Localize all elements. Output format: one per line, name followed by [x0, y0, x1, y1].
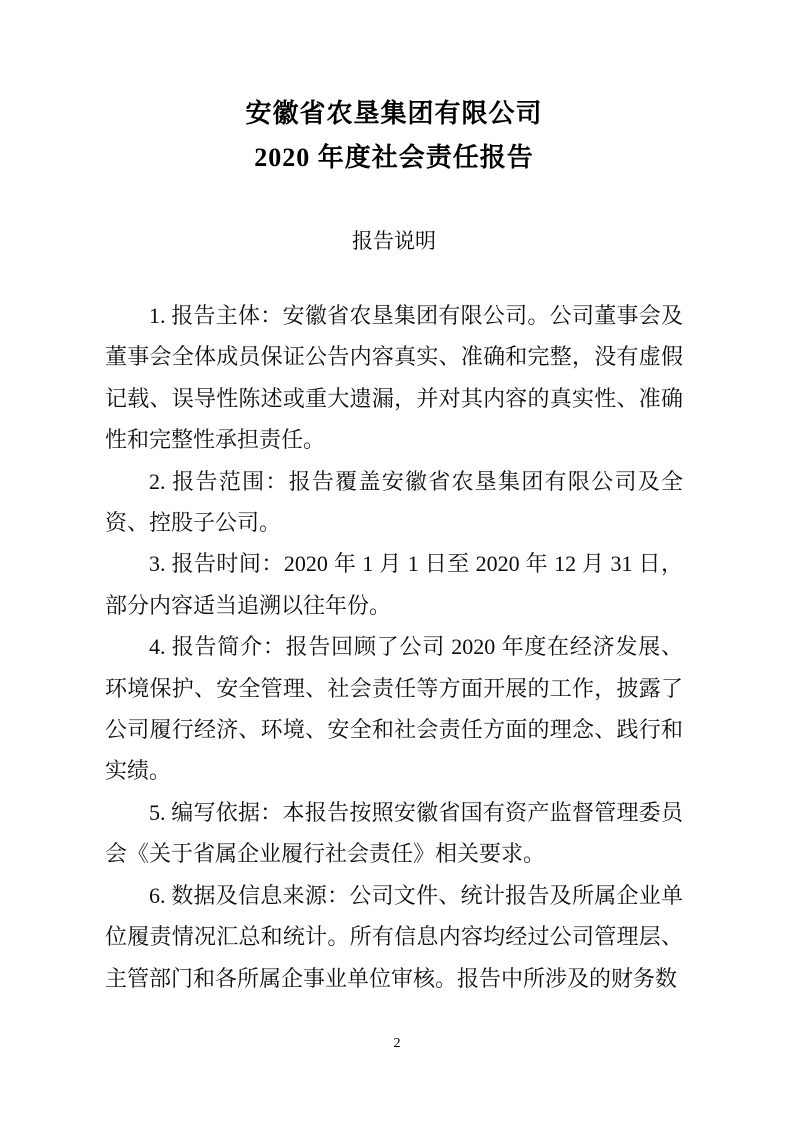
paragraph-report-intro: 4. 报告简介：报告回顾了公司 2020 年度在经济发展、环境保护、安全管理、社…: [105, 626, 683, 792]
section-title: 报告说明: [105, 227, 683, 257]
paragraph-report-period: 3. 报告时间：2020 年 1 月 1 日至 2020 年 12 月 31 日…: [105, 543, 683, 626]
paragraph-data-sources: 6. 数据及信息来源：公司文件、统计报告及所属企业单位履责情况汇总和统计。所有信…: [105, 875, 683, 999]
document-body: 1. 报告主体：安徽省农垦集团有限公司。公司董事会及董事会全体成员保证公告内容真…: [105, 295, 683, 999]
document-page: 安徽省农垦集团有限公司 2020 年度社会责任报告 报告说明 1. 报告主体：安…: [0, 0, 794, 1122]
document-title-line1: 安徽省农垦集团有限公司: [105, 92, 683, 136]
paragraph-report-basis: 5. 编写依据：本报告按照安徽省国有资产监督管理委员会《关于省属企业履行社会责任…: [105, 792, 683, 875]
document-title-line2: 2020 年度社会责任报告: [105, 136, 683, 180]
paragraph-report-subject: 1. 报告主体：安徽省农垦集团有限公司。公司董事会及董事会全体成员保证公告内容真…: [105, 295, 683, 461]
paragraph-report-scope: 2. 报告范围：报告覆盖安徽省农垦集团有限公司及全资、控股子公司。: [105, 461, 683, 544]
page-number: 2: [0, 1036, 794, 1052]
